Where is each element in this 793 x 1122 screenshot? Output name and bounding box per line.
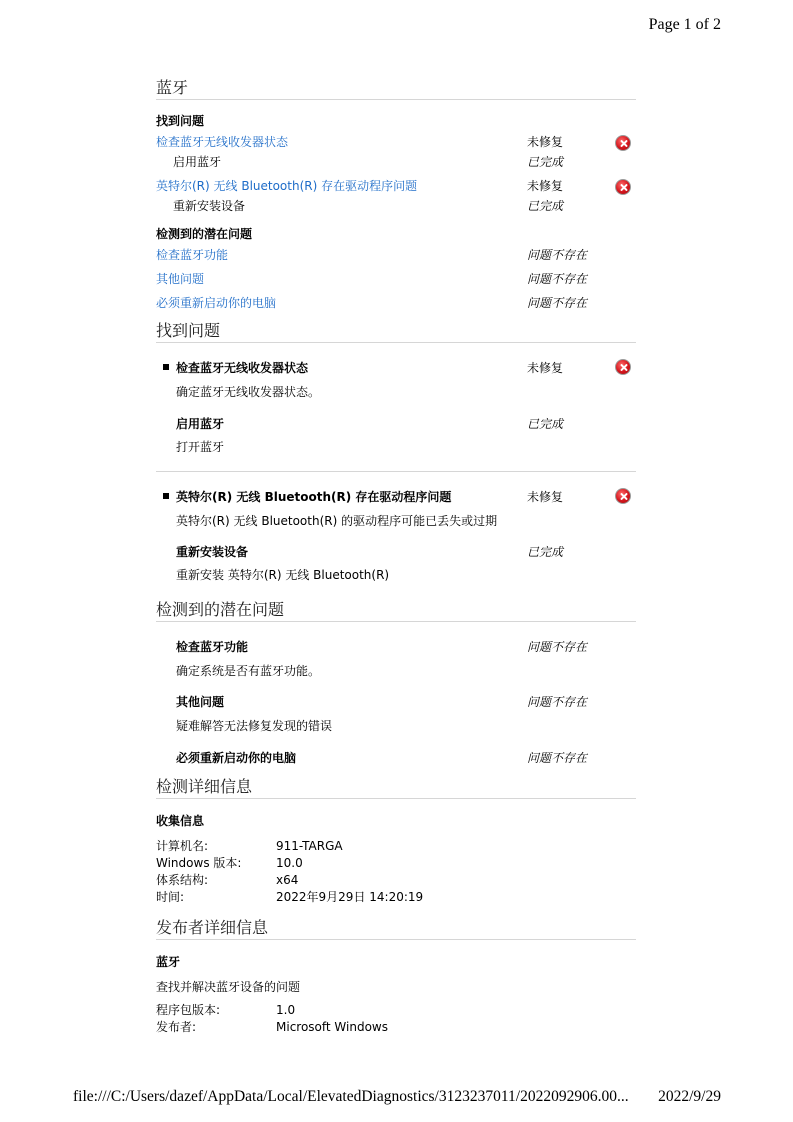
problem-link-radio-status[interactable]: 检查蓝牙无线收发器状态 [156, 134, 288, 150]
field-row: 发布者: Microsoft Windows [156, 1019, 636, 1036]
potential-detail: 检查蓝牙功能 问题不存在 确定系统是否有蓝牙功能。 [156, 638, 636, 693]
problem-link-driver[interactable]: 英特尔(R) 无线 Bluetooth(R) 存在驱动程序问题 [156, 178, 417, 194]
potential-status: 问题不存在 [527, 247, 587, 263]
summary-potential-row: 其他问题 问题不存在 [156, 269, 636, 293]
field-key: Windows 版本: [156, 855, 241, 872]
fix-status: 已完成 [527, 154, 563, 170]
field-key: 计算机名: [156, 838, 208, 855]
publisher-package-heading: 蓝牙 [156, 955, 636, 969]
summary-fix-row: 重新安装设备 已完成 [156, 196, 636, 216]
field-row: 时间: 2022年9月29日 14:20:19 [156, 889, 636, 906]
publisher-description: 查找并解决蓝牙设备的问题 [156, 978, 636, 994]
fix-label: 重新安装设备 [173, 198, 245, 214]
problem-status: 未修复 [527, 134, 563, 150]
potential-detail: 必须重新启动你的电脑 问题不存在 [156, 749, 636, 775]
potential-link-check-bluetooth[interactable]: 检查蓝牙功能 [156, 247, 228, 263]
section-title-found: 找到问题 [156, 319, 636, 343]
error-x-icon [615, 488, 631, 507]
section-title-detection-details: 检测详细信息 [156, 775, 636, 799]
potential-description: 疑难解答无法修复发现的错误 [176, 717, 332, 734]
field-key: 体系结构: [156, 872, 208, 889]
potential-description: 确定系统是否有蓝牙功能。 [176, 662, 320, 679]
potential-status: 问题不存在 [527, 693, 587, 710]
potential-title: 检查蓝牙功能 [176, 638, 248, 655]
fix-title: 启用蓝牙 [176, 415, 224, 432]
field-value: 2022年9月29日 14:20:19 [276, 889, 423, 906]
problem-status: 未修复 [527, 178, 563, 194]
potential-detail: 其他问题 问题不存在 疑难解答无法修复发现的错误 [156, 693, 636, 749]
fix-description: 重新安装 英特尔(R) 无线 Bluetooth(R) [176, 566, 389, 583]
fix-description: 打开蓝牙 [176, 438, 224, 455]
problem-detail: 英特尔(R) 无线 Bluetooth(R) 存在驱动程序问题 未修复 英特尔(… [156, 488, 636, 598]
problem-description: 确定蓝牙无线收发器状态。 [176, 383, 320, 400]
field-row: Windows 版本: 10.0 [156, 855, 636, 872]
potential-problems-heading: 检测到的潜在问题 [156, 227, 636, 241]
divider [156, 471, 636, 472]
section-title-bluetooth: 蓝牙 [156, 76, 636, 100]
problem-status: 未修复 [527, 488, 563, 505]
field-row: 程序包版本: 1.0 [156, 1002, 636, 1019]
potential-title: 必须重新启动你的电脑 [176, 749, 296, 766]
fix-status: 已完成 [527, 198, 563, 214]
field-key: 发布者: [156, 1019, 196, 1036]
problem-title: 英特尔(R) 无线 Bluetooth(R) 存在驱动程序问题 [176, 488, 451, 505]
fix-label: 启用蓝牙 [173, 154, 221, 170]
field-key: 时间: [156, 889, 184, 906]
fix-status: 已完成 [527, 415, 563, 432]
summary-fix-row: 启用蓝牙 已完成 [156, 152, 636, 172]
potential-status: 问题不存在 [527, 271, 587, 287]
section-title-potential: 检测到的潜在问题 [156, 598, 636, 622]
found-problems-list: 检查蓝牙无线收发器状态 未修复 启用蓝牙 已完成 英特尔(R) 无线 Bluet… [156, 132, 636, 216]
print-date: 2022/9/29 [658, 1088, 721, 1106]
field-row: 体系结构: x64 [156, 872, 636, 889]
detection-fields: 计算机名: 911-TARGA Windows 版本: 10.0 体系结构: x… [156, 838, 636, 906]
found-problems-heading: 找到问题 [156, 114, 636, 128]
problem-title: 检查蓝牙无线收发器状态 [176, 359, 308, 376]
summary-potential-row: 必须重新启动你的电脑 问题不存在 [156, 293, 636, 317]
potential-problems-list: 检查蓝牙功能 问题不存在 其他问题 问题不存在 必须重新启动你的电脑 问题不存在 [156, 245, 636, 317]
field-value: x64 [276, 872, 298, 889]
section-title-publisher-details: 发布者详细信息 [156, 916, 636, 940]
problem-description: 英特尔(R) 无线 Bluetooth(R) 的驱动程序可能已丢失或过期 [176, 512, 497, 529]
fix-title: 重新安装设备 [176, 543, 248, 560]
report-content: 蓝牙 找到问题 检查蓝牙无线收发器状态 未修复 启用蓝牙 已完成 英特尔(R) … [156, 76, 636, 1036]
field-key: 程序包版本: [156, 1002, 220, 1019]
publisher-fields: 程序包版本: 1.0 发布者: Microsoft Windows [156, 1002, 636, 1036]
problem-status: 未修复 [527, 359, 563, 376]
fix-status: 已完成 [527, 543, 563, 560]
bullet-icon [163, 493, 169, 499]
potential-status: 问题不存在 [527, 638, 587, 655]
field-value: 10.0 [276, 855, 303, 872]
potential-title: 其他问题 [176, 693, 224, 710]
potential-link-other[interactable]: 其他问题 [156, 271, 204, 287]
potential-status: 问题不存在 [527, 295, 587, 311]
collected-info-heading: 收集信息 [156, 814, 636, 828]
field-value: Microsoft Windows [276, 1019, 388, 1036]
summary-problem-row: 检查蓝牙无线收发器状态 未修复 [156, 132, 636, 152]
bullet-icon [163, 364, 169, 370]
print-footer: file:///C:/Users/dazef/AppData/Local/Ele… [73, 1088, 721, 1106]
file-path: file:///C:/Users/dazef/AppData/Local/Ele… [73, 1088, 629, 1106]
summary-potential-row: 检查蓝牙功能 问题不存在 [156, 245, 636, 269]
field-value: 911-TARGA [276, 838, 343, 855]
potential-status: 问题不存在 [527, 749, 587, 766]
field-row: 计算机名: 911-TARGA [156, 838, 636, 855]
page-indicator: Page 1 of 2 [649, 16, 721, 34]
problem-detail: 检查蓝牙无线收发器状态 未修复 确定蓝牙无线收发器状态。 启用蓝牙 已完成 打开… [156, 359, 636, 471]
field-value: 1.0 [276, 1002, 295, 1019]
summary-problem-row: 英特尔(R) 无线 Bluetooth(R) 存在驱动程序问题 未修复 [156, 176, 636, 196]
error-x-icon [615, 359, 631, 378]
potential-link-restart[interactable]: 必须重新启动你的电脑 [156, 295, 276, 311]
